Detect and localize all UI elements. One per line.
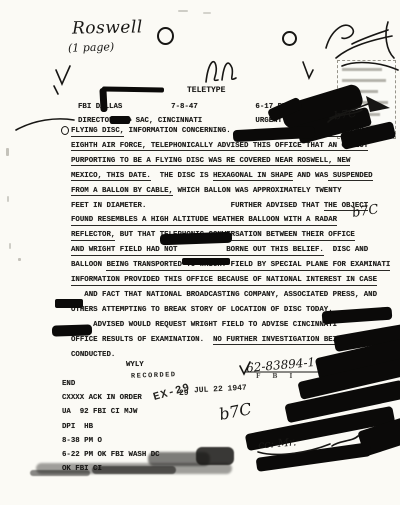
typed-line: CXXXX ACK IN ORDER	[62, 391, 160, 405]
typed-line: UA 92 FBI CI MJW	[62, 405, 160, 419]
scribble-stroke	[352, 30, 388, 44]
index-mark-letters: F B I	[256, 373, 297, 380]
cc-annotation: cc: Mr.	[258, 435, 297, 451]
stamp-row	[342, 68, 382, 71]
redaction-mark	[110, 116, 130, 124]
typed-line: 8-38 PM O	[62, 434, 160, 448]
scribble-stroke	[336, 36, 392, 58]
typed-line: FBI DALLAS 7-8-47 6-17 PM	[78, 100, 286, 114]
redaction-mark	[52, 324, 92, 336]
redaction-mark	[55, 299, 83, 308]
recorded-stamp: RECORDED	[131, 371, 177, 381]
scan-speck	[7, 196, 9, 202]
date-stamp-prefix: 29	[179, 389, 189, 398]
ink-mark	[102, 86, 164, 92]
typed-line: INFORMATION PROVIDED THIS OFFICE BECAUSE…	[71, 273, 390, 288]
ink-mark	[99, 88, 107, 112]
typed-line: AND FACT THAT NATIONAL BROADCASTING COMP…	[71, 288, 390, 303]
scribble-stroke	[326, 25, 353, 48]
pen-circle-mark	[282, 31, 297, 46]
typed-line: FEET IN DIAMETER. FURTHER ADVISED THAT T…	[71, 199, 390, 214]
redaction-mark	[182, 258, 230, 265]
b7c-exemption-note: b7C	[217, 399, 253, 424]
check-mark	[56, 66, 70, 84]
ink-smudge	[92, 466, 176, 474]
typed-line: AND WRIGHT FIELD HAD NOT BORNE OUT THIS …	[71, 243, 390, 258]
check-mark	[54, 86, 58, 94]
ink-smudge	[30, 470, 90, 476]
scan-speck	[6, 148, 9, 156]
typed-line: DPI HB	[62, 420, 160, 434]
typed-line: MEXICO, THIS DATE. THE DISC IS HEXAGONAL…	[71, 169, 390, 184]
handwritten-page-count: (1 page)	[68, 40, 115, 55]
check-mark	[303, 62, 313, 78]
typed-line: 6-22 PM OK FBI WASH DC	[62, 448, 160, 462]
stamp-row	[342, 79, 386, 82]
typed-line: FROM A BALLON BY CABLE, WHICH BALLON WAS…	[71, 184, 390, 199]
pen-circle-mark	[157, 27, 174, 45]
teletype-label: TELETYPE	[187, 84, 225, 99]
typed-line: FOUND RESEMBLES A HIGH ALTITUDE WEATHER …	[71, 213, 390, 228]
sender-name: WYLY	[126, 358, 144, 373]
handwritten-title: Roswell	[72, 17, 143, 38]
teletype-footer: ENDCXXXX ACK IN ORDERUA 92 FBI CI MJWDPI…	[62, 377, 160, 476]
date-received-stamp: JUL 22 1947	[194, 384, 247, 396]
typed-line: PURPORTING TO BE A FLYING DISC WAS RE CO…	[71, 154, 390, 169]
scan-speck	[178, 10, 188, 12]
scribble-stroke	[386, 22, 394, 58]
scan-speck	[9, 243, 11, 249]
scan-speck	[18, 258, 21, 261]
document-scan: TELETYPE FBI DALLAS 7-8-47 6-17 PMDIRECT…	[0, 0, 400, 505]
scan-speck	[203, 12, 211, 14]
handwritten-initials	[206, 62, 218, 82]
pen-circle-mark	[61, 126, 69, 135]
teletype-body: FLYING DISC, INFORMATION CONCERNING. HEA…	[71, 124, 390, 363]
handwritten-initials	[222, 63, 236, 80]
typed-line: BALLOON BEING TRANSPORTED TO WRIGHT FIEL…	[71, 258, 390, 273]
